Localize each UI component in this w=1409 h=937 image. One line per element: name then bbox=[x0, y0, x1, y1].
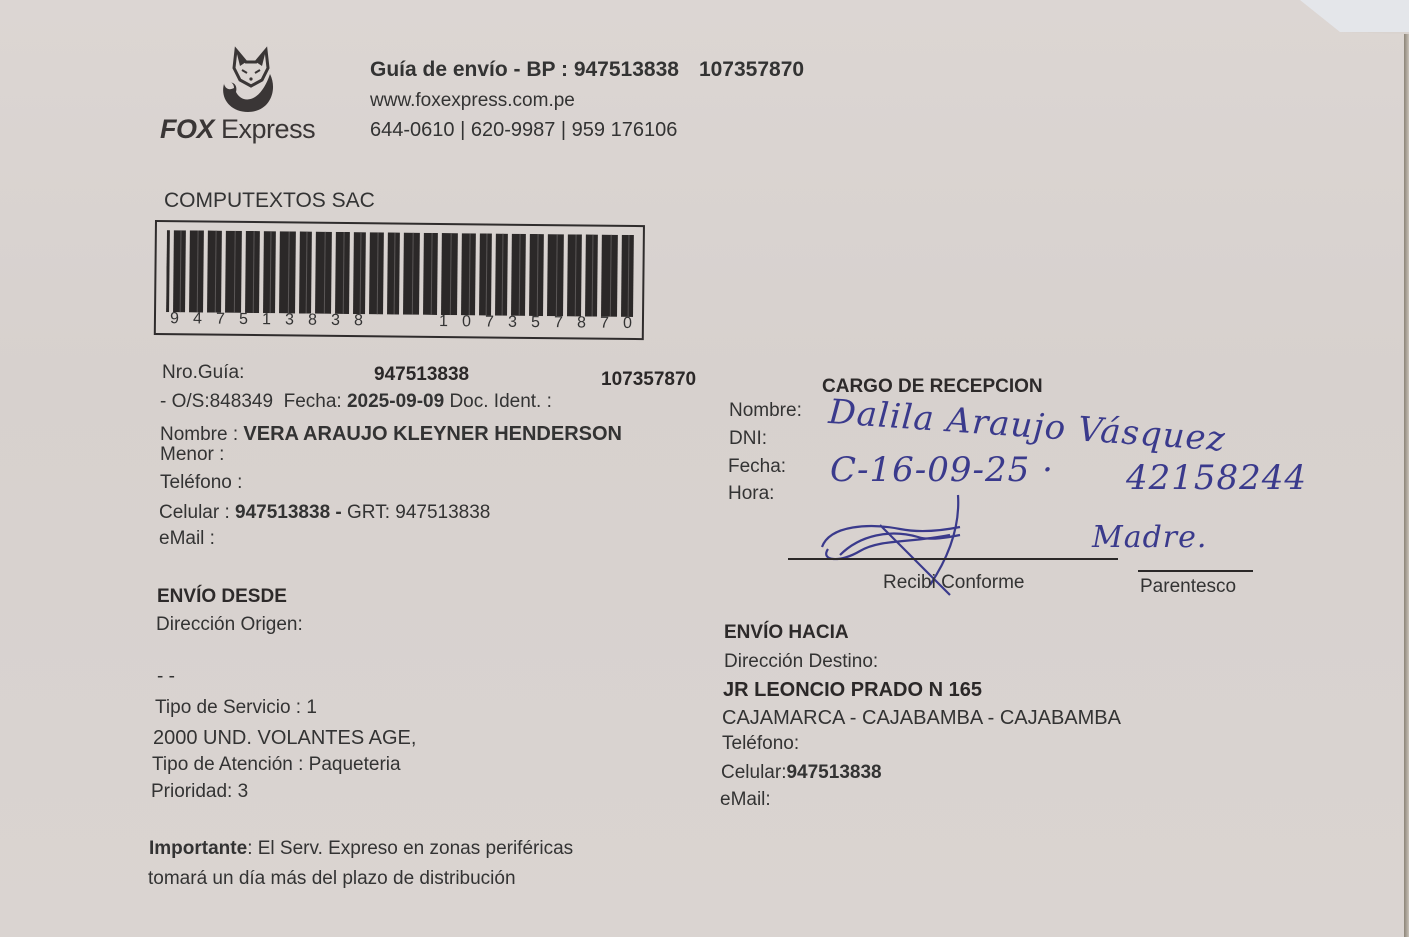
cargo-nombre-label: Nombre: bbox=[729, 400, 802, 422]
destination-address-label: Dirección Destino: bbox=[724, 651, 878, 673]
handwritten-date: C-16-09-25 · bbox=[830, 450, 1054, 490]
telefono-label: Teléfono : bbox=[160, 472, 242, 494]
cargo-dni-label: DNI: bbox=[729, 428, 767, 450]
barcode-digits: 947513838107357870 bbox=[166, 310, 636, 333]
important-notice-line1: Importante: El Serv. Expreso en zonas pe… bbox=[149, 838, 573, 860]
destination-address-value: JR LEONCIO PRADO N 165 bbox=[723, 679, 982, 702]
nro-guia-label: Nro.Guía: bbox=[162, 362, 244, 384]
origin-address-label: Dirección Origen: bbox=[156, 614, 303, 636]
important-notice-line2: tomará un día más del plazo de distribuc… bbox=[148, 868, 516, 890]
handwritten-dni: 42158244 bbox=[1126, 458, 1307, 498]
relation-line bbox=[1138, 570, 1253, 572]
destination-celular-row: Celular:947513838 bbox=[721, 762, 882, 784]
package-contents: 2000 UND. VOLANTES AGE, bbox=[153, 727, 416, 750]
menor-label: Menor : bbox=[160, 444, 224, 466]
prioridad: Prioridad: 3 bbox=[151, 781, 248, 803]
destination-telefono-label: Teléfono: bbox=[722, 733, 799, 755]
parentesco-label: Parentesco bbox=[1140, 576, 1236, 598]
handwritten-relation: Madre. bbox=[1092, 520, 1207, 555]
sender-company: COMPUTEXTOS SAC bbox=[164, 189, 375, 213]
contact-phones: 644-0610 | 620-9987 | 959 176106 bbox=[370, 119, 677, 142]
brand-name: FOX Express bbox=[160, 114, 315, 145]
paper-edge bbox=[1404, 34, 1409, 937]
guide-title: Guía de envío - BP : 947513838107357870 bbox=[370, 58, 804, 82]
signature-line bbox=[788, 558, 1118, 560]
destination-title: ENVÍO HACIA bbox=[724, 622, 849, 644]
tipo-servicio: Tipo de Servicio : 1 bbox=[155, 697, 317, 719]
barcode-bars bbox=[166, 230, 637, 317]
origin-address-value: - - bbox=[157, 666, 175, 688]
recipient-name-row: Nombre : VERA ARAUJO KLEYNER HENDERSON bbox=[160, 423, 622, 446]
nro-guia-value-2: 107357870 bbox=[601, 369, 696, 391]
destination-location: CAJAMARCA - CAJABAMBA - CAJABAMBA bbox=[722, 707, 1121, 730]
website-link: www.foxexpress.com.pe bbox=[370, 90, 575, 112]
celular-row: Celular : 947513838 - GRT: 947513838 bbox=[159, 502, 490, 524]
email-label: eMail : bbox=[159, 528, 215, 550]
order-line: - O/S:848349 Fecha: 2025-09-09 Doc. Iden… bbox=[160, 391, 552, 413]
recibi-conforme-label: Recibi Conforme bbox=[883, 572, 1025, 594]
fox-head-icon bbox=[218, 46, 284, 116]
origin-title: ENVÍO DESDE bbox=[157, 586, 287, 608]
destination-email-label: eMail: bbox=[720, 789, 771, 811]
barcode: 947513838107357870 bbox=[154, 220, 645, 340]
cargo-hora-label: Hora: bbox=[728, 483, 774, 505]
tipo-atencion: Tipo de Atención : Paqueteria bbox=[152, 754, 401, 776]
cargo-fecha-label: Fecha: bbox=[728, 456, 786, 478]
nro-guia-value: 947513838 bbox=[374, 364, 469, 386]
